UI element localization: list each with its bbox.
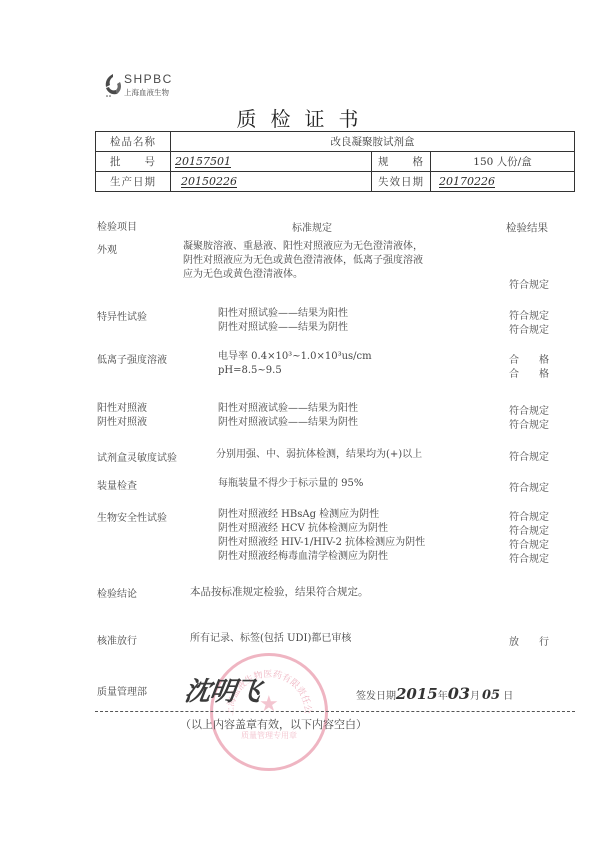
batch-value: 20157501 [171, 152, 372, 172]
row-standard-sensitivity: 分别用强、中、弱抗体检测，结果均为(+)以上 [216, 448, 422, 462]
product-name-value: 改良凝聚胺试剂盒 [171, 132, 575, 152]
issue-date: 签发日期2015年03月05 日 [356, 684, 513, 703]
product-name-label: 检品名称 [96, 132, 171, 152]
standard-line: 阴性对照液经 HBsAg 检测应为阴性 [218, 508, 425, 522]
release-label: 核准放行 [97, 632, 137, 647]
item-line: 阳性对照液 [97, 402, 147, 416]
standard-line: 凝聚胺溶液、重悬液、阳性对照液应为无色澄清液体， [183, 240, 423, 254]
issue-year: 2015 [396, 685, 438, 703]
standard-line: 电导率 0.4×10³~1.0×10³us/cm [218, 350, 372, 364]
row-item-biosafety: 生物安全性试验 [97, 509, 167, 524]
result-line: 符合规定 [503, 419, 555, 433]
row-item-low-ionic-solution: 低离子强度溶液 [97, 351, 167, 366]
batch-label: 批 号 [96, 152, 171, 172]
row-result-control-solutions: 符合规定 符合规定 [503, 405, 555, 433]
result-line: 符合规定 [503, 553, 555, 567]
validity-note: （以上内容盖章有效，以下内容空白） [180, 716, 367, 732]
result-line: 符合规定 [503, 405, 555, 419]
result-line: 符合规定 [503, 310, 555, 324]
row-standard-biosafety: 阴性对照液经 HBsAg 检测应为阴性 阴性对照液经 HCV 抗体检测应为阴性 … [218, 508, 425, 564]
row-standard-specificity: 阳性对照试验——结果为阳性 阴性对照试验——结果为阴性 [218, 307, 348, 335]
row-result-fill-volume: 符合规定 [503, 482, 555, 496]
column-header-result: 检验结果 [506, 220, 548, 235]
issue-day: 05 [482, 688, 500, 703]
standard-line: 阴性对照试验——结果为阴性 [218, 321, 348, 335]
release-text: 所有记录、标签(包括 UDI)都已审核 [190, 632, 351, 646]
company-logo: SHPBC 上海血液生物 [100, 70, 190, 102]
standard-line: 阴性对照液经 HIV-1/HIV-2 抗体检测应为阴性 [218, 536, 425, 550]
standard-line: 阴性对照液经 HCV 抗体检测应为阴性 [218, 522, 425, 536]
expiry-label: 失效日期 [372, 172, 431, 192]
product-info-table: 检品名称 改良凝聚胺试剂盒 批 号 20157501 规 格 150 人份/盒 … [95, 131, 575, 192]
table-row: 检品名称 改良凝聚胺试剂盒 [96, 132, 575, 152]
standard-line: 阴性对照液应为无色或黄色澄清液体，低离子强度溶液 [183, 254, 423, 268]
result-line: 符合规定 [503, 539, 555, 553]
mfg-date-value: 20150226 [171, 172, 372, 192]
day-unit: 日 [503, 691, 513, 702]
standard-line: 阴性对照液试验——结果为阴性 [218, 416, 358, 430]
result-line: 合 格 [503, 368, 555, 382]
result-line: 符合规定 [503, 451, 555, 465]
item-line: 阴性对照液 [97, 416, 147, 430]
dashed-divider [95, 711, 575, 712]
conclusion-text: 本品按标准规定检验，结果符合规定。 [190, 585, 369, 599]
year-unit: 年 [438, 691, 448, 702]
result-line: 符合规定 [503, 324, 555, 338]
spec-label: 规 格 [372, 152, 431, 172]
result-line: 符合规定 [503, 279, 555, 293]
issue-month: 03 [448, 684, 470, 703]
row-result-specificity: 符合规定 符合规定 [503, 310, 555, 338]
row-result-sensitivity: 符合规定 [503, 451, 555, 465]
row-standard-control-solutions: 阳性对照液试验——结果为阳性 阴性对照液试验——结果为阴性 [218, 402, 358, 430]
column-header-standard: 标准规定 [292, 219, 332, 234]
table-row: 批 号 20157501 规 格 150 人份/盒 [96, 152, 575, 172]
row-standard-low-ionic-solution: 电导率 0.4×10³~1.0×10³us/cm pH=8.5~9.5 [218, 350, 372, 378]
row-item-fill-volume: 装量检查 [97, 477, 137, 492]
logo-brand-en: SHPBC [124, 72, 173, 86]
expiry-date-handwritten: 20170226 [439, 175, 495, 188]
signature: 沈明飞 [182, 671, 262, 708]
seal-star-icon: ★ [259, 692, 279, 717]
result-line: 符合规定 [503, 525, 555, 539]
result-line: 符合规定 [503, 482, 555, 496]
standard-line: 分别用强、中、弱抗体检测，结果均为(+)以上 [216, 448, 422, 462]
row-item-appearance: 外观 [97, 241, 117, 256]
result-line: 符合规定 [503, 511, 555, 525]
row-result-appearance: 符合规定 [503, 279, 555, 293]
qa-dept-label: 质量管理部 [97, 683, 147, 698]
standard-line: 阳性对照试验——结果为阳性 [218, 307, 348, 321]
row-item-sensitivity: 试剂盒灵敏度试验 [97, 449, 177, 464]
month-unit: 月 [470, 691, 480, 702]
column-header-item: 检验项目 [97, 218, 137, 233]
result-line: 合 格 [503, 354, 555, 368]
release-result: 放 行 [503, 636, 555, 650]
row-item-specificity: 特异性试验 [97, 308, 147, 323]
mfg-date-handwritten: 20150226 [181, 175, 237, 188]
expiry-value: 20170226 [431, 172, 575, 192]
standard-line: 阳性对照液试验——结果为阳性 [218, 402, 358, 416]
issue-date-label: 签发日期 [356, 691, 396, 702]
spec-value: 150 人份/盒 [431, 152, 575, 172]
shpbc-logo-icon [102, 72, 124, 98]
row-standard-fill-volume: 每瓶装量不得少于标示量的 95% [218, 477, 363, 491]
page-title: 质检证书 [0, 103, 595, 132]
row-result-biosafety: 符合规定 符合规定 符合规定 符合规定 [503, 511, 555, 567]
row-item-control-solutions: 阳性对照液 阴性对照液 [97, 402, 147, 430]
conclusion-label: 检验结论 [97, 585, 137, 600]
batch-number-handwritten: 20157501 [175, 155, 231, 168]
standard-line: 应为无色或黄色澄清液体。 [183, 268, 423, 282]
row-result-low-ionic-solution: 合 格 合 格 [503, 354, 555, 382]
standard-line: pH=8.5~9.5 [218, 364, 372, 378]
row-standard-appearance: 凝聚胺溶液、重悬液、阳性对照液应为无色澄清液体， 阴性对照液应为无色或黄色澄清液… [183, 240, 423, 282]
standard-line: 每瓶装量不得少于标示量的 95% [218, 477, 363, 491]
table-row: 生产日期 20150226 失效日期 20170226 [96, 172, 575, 192]
mfg-date-label: 生产日期 [96, 172, 171, 192]
logo-brand-cn: 上海血液生物 [124, 87, 169, 98]
standard-line: 阴性对照液经梅毒血清学检测应为阴性 [218, 550, 425, 564]
